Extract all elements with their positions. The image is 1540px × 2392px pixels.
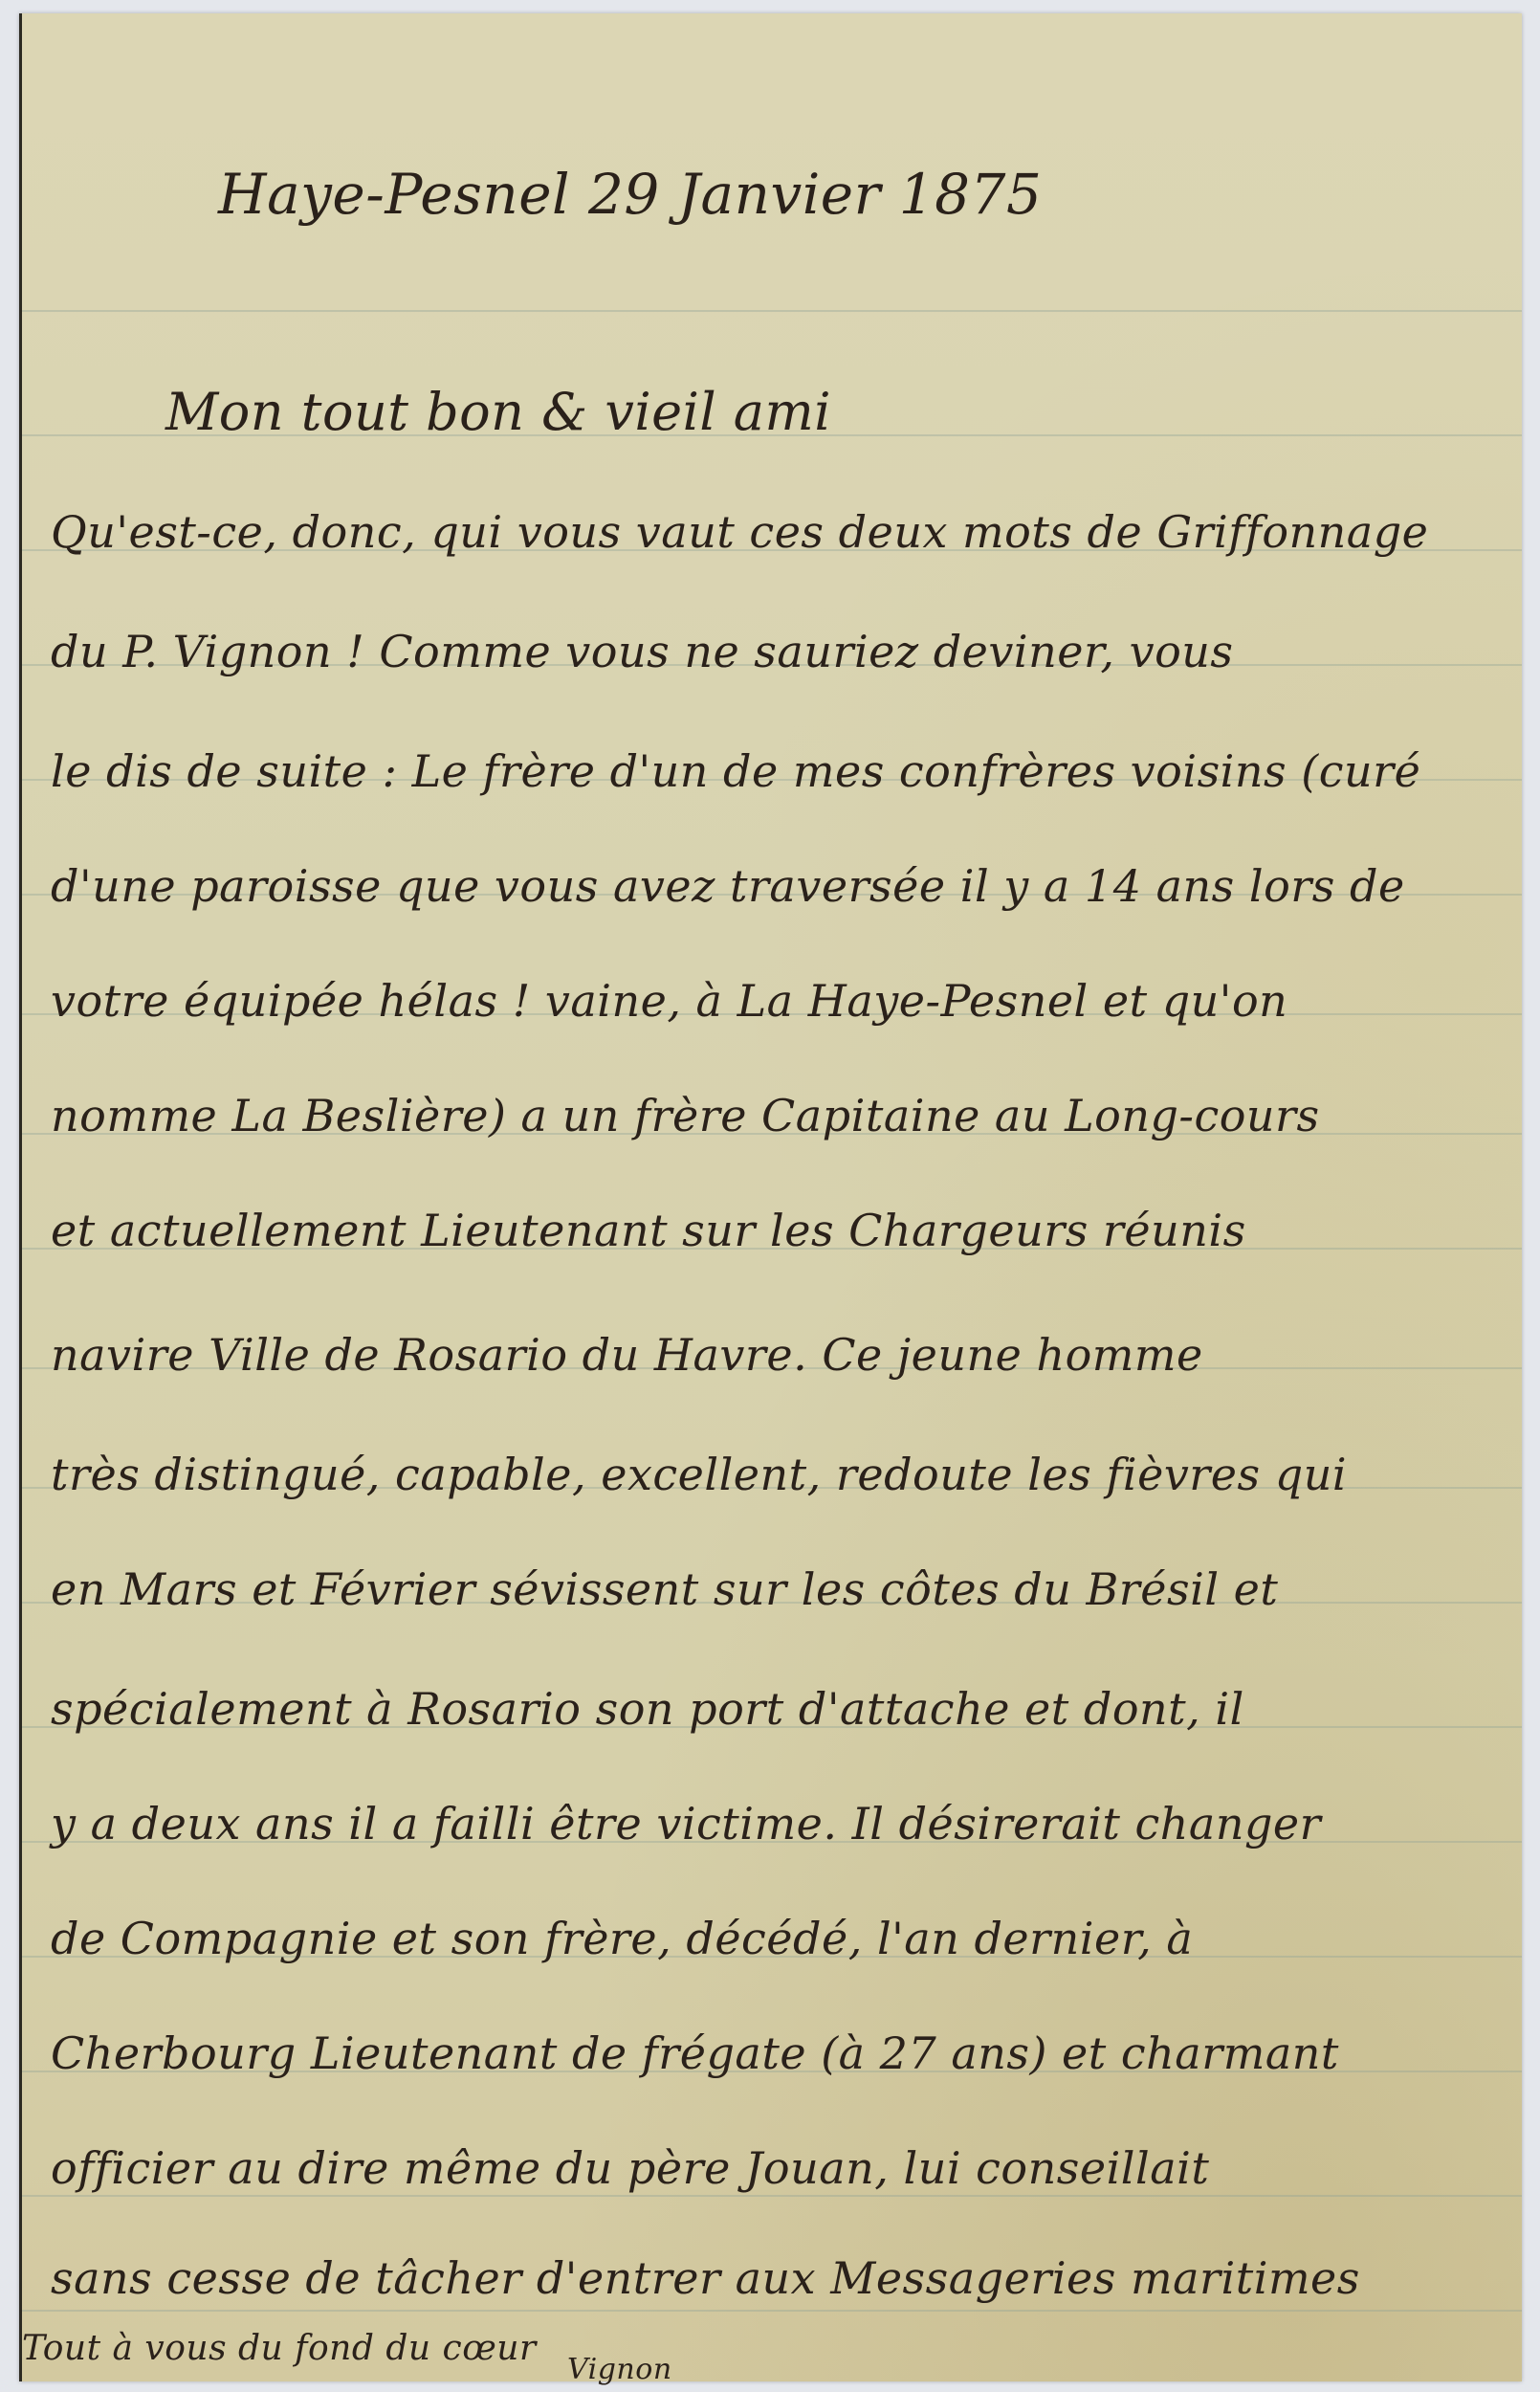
body-line: d'une paroisse que vous avez traversée i… [51, 860, 1522, 912]
ruled-line [22, 2310, 1522, 2312]
body-line: du P. Vignon ! Comme vous ne sauriez dev… [51, 626, 1522, 677]
body-line: y a deux ans il a failli être victime. I… [51, 1798, 1522, 1849]
body-line: nomme La Beslière) a un frère Capitaine … [51, 1090, 1522, 1141]
body-line: sans cesse de tâcher d'entrer aux Messag… [51, 2252, 1522, 2304]
body-line: de Compagnie et son frère, décédé, l'an … [51, 1913, 1522, 1964]
ruled-line [22, 2195, 1522, 2197]
ruled-line [22, 310, 1522, 312]
body-line: Cherbourg Lieutenant de frégate (à 27 an… [51, 2027, 1522, 2079]
place-date-heading: Haye-Pesnel 29 Janvier 1875 [218, 162, 1522, 227]
body-line: votre équipée hélas ! vaine, à La Haye-P… [51, 975, 1522, 1027]
body-line: navire Ville de Rosario du Havre. Ce jeu… [51, 1329, 1522, 1381]
body-line: Qu'est-ce, donc, qui vous vaut ces deux … [51, 506, 1522, 558]
body-line: en Mars et Février sévissent sur les côt… [51, 1563, 1522, 1615]
body-line: spécialement à Rosario son port d'attach… [51, 1683, 1522, 1735]
body-line: et actuellement Lieutenant sur les Charg… [51, 1205, 1522, 1256]
signature: Vignon [567, 2353, 1522, 2386]
letter-paper: Haye-Pesnel 29 Janvier 1875 Mon tout bon… [19, 13, 1522, 2381]
body-line: le dis de suite : Le frère d'un de mes c… [51, 745, 1522, 797]
salutation: Mon tout bon & vieil ami [165, 382, 1522, 442]
body-line: très distingué, capable, excellent, redo… [51, 1449, 1522, 1500]
body-line: officier au dire même du père Jouan, lui… [51, 2142, 1522, 2194]
